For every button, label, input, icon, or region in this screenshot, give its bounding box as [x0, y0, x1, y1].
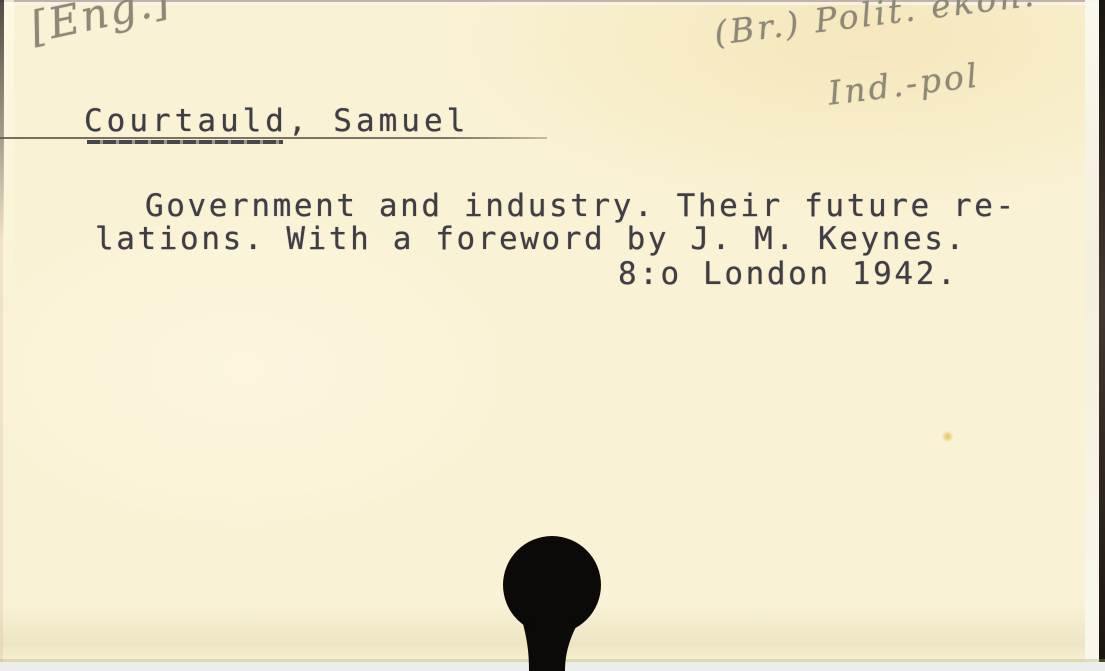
author-heading: Courtauld, Samuel — [84, 103, 469, 139]
title-line-1: Government and industry. Their future re… — [145, 188, 1017, 224]
scan-edge-right-shadow — [1099, 0, 1105, 671]
heading-rule-line — [0, 137, 547, 139]
scan-edge-right-highlight — [1085, 0, 1099, 671]
imprint-line: 8:o London 1942. — [618, 256, 958, 292]
scan-edge-left-band — [4, 0, 14, 340]
paper-stain — [941, 431, 954, 442]
author-underline — [87, 140, 283, 144]
punch-hole-icon — [498, 532, 608, 671]
catalog-card-scan: [Eng.] (Br.) Polit. ekon. Ind.-pol Court… — [0, 0, 1105, 671]
title-line-2: lations. With a foreword by J. M. Keynes… — [95, 221, 967, 257]
